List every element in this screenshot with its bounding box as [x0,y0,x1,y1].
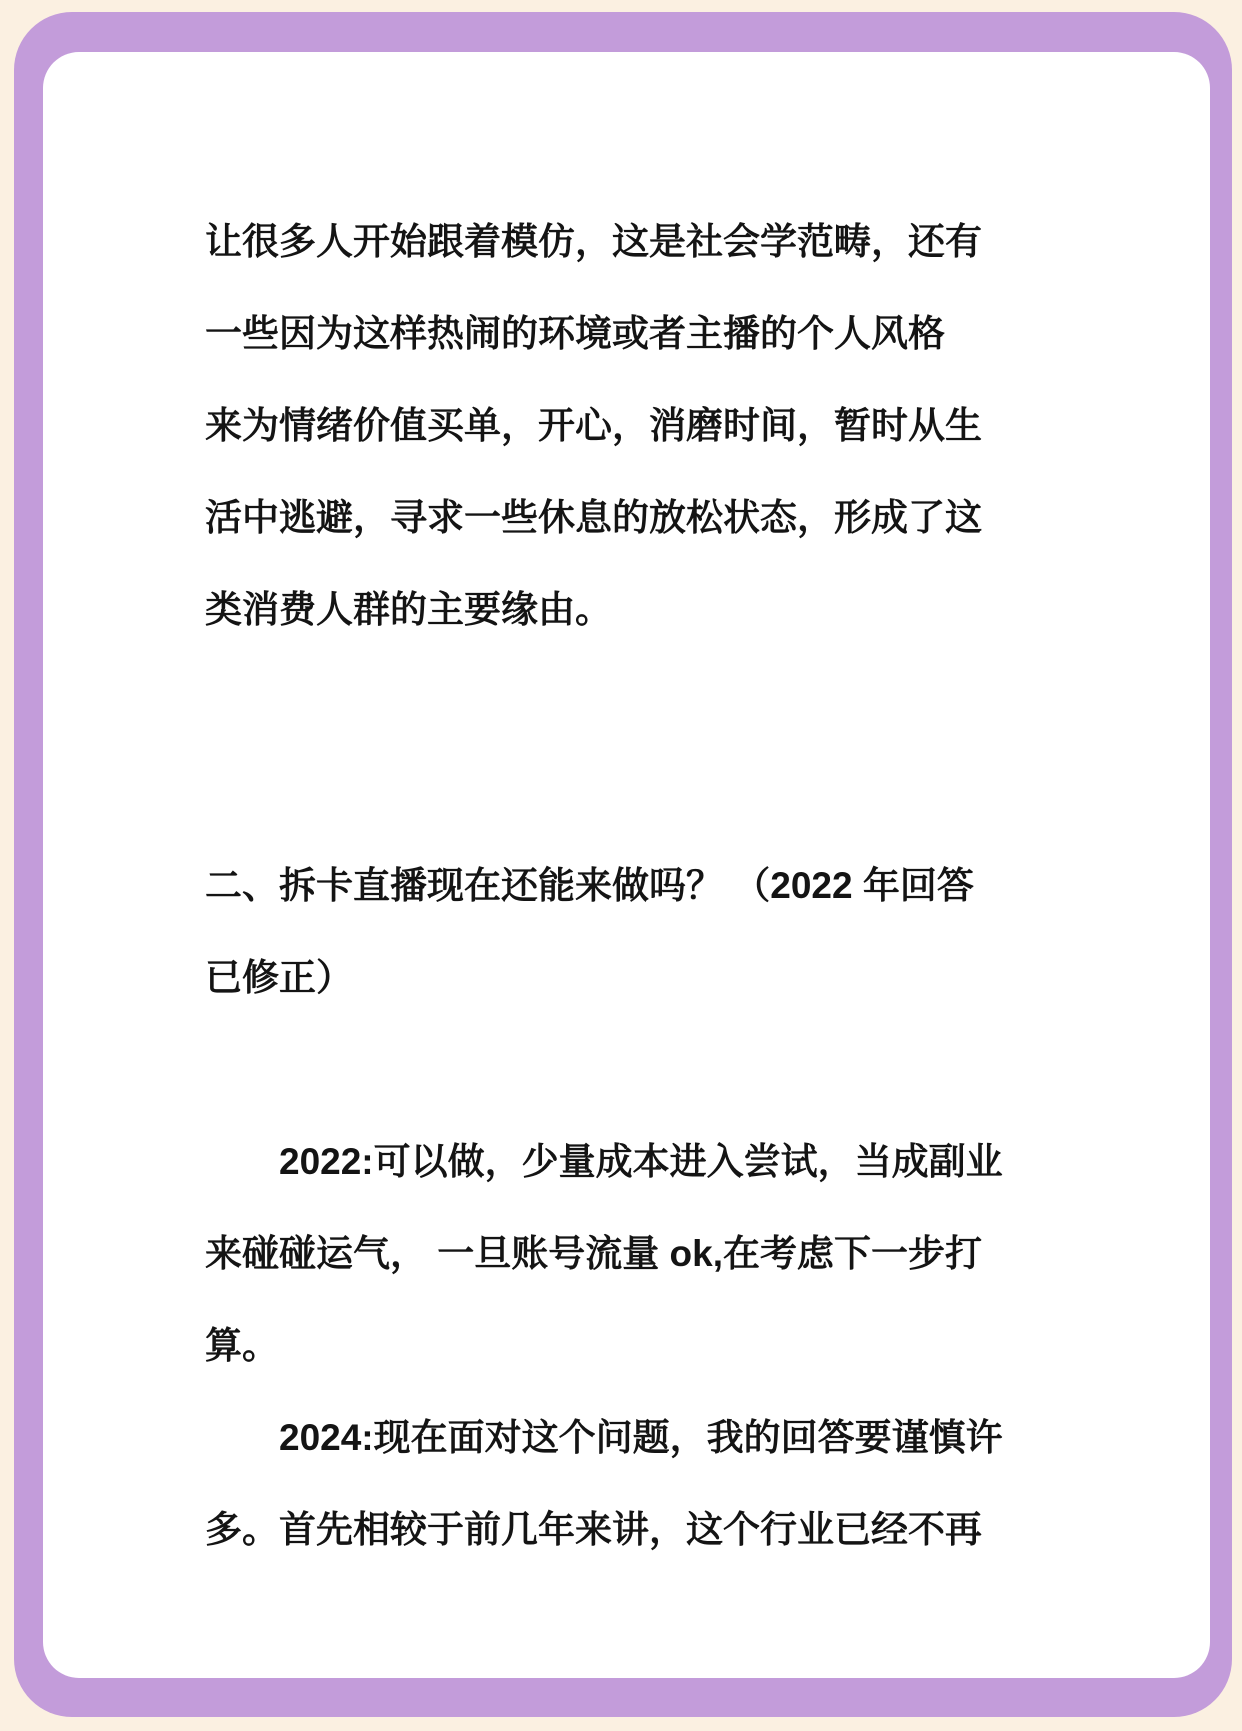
section-heading-question2: 二、拆卡直播现在还能来做吗？ （2022 年回答 已修正） [205,840,1065,1024]
text-line: 算。 [205,1300,1065,1392]
paragraph-answer-2022: 2022:可以做，少量成本进入尝试，当成副业 来碰碰运气， 一旦账号流量 ok,… [205,1116,1065,1392]
text-line: 活中逃避，寻求一些休息的放松状态，形成了这 [205,472,1065,564]
text-line: 来为情绪价值买单，开心，消磨时间，暂时从生 [205,380,1065,472]
article-text: 让很多人开始跟着模仿，这是社会学范畴，还有 一些因为这样热闹的环境或者主播的个人… [205,196,1065,1576]
text-line: 来碰碰运气， 一旦账号流量 ok,在考虑下一步打 [205,1208,1065,1300]
text-line: 让很多人开始跟着模仿，这是社会学范畴，还有 [205,196,1065,288]
page-background: 让很多人开始跟着模仿，这是社会学范畴，还有 一些因为这样热闹的环境或者主播的个人… [0,0,1242,1731]
text-line: 类消费人群的主要缘由。 [205,564,1065,656]
paragraph-consumer-motivation: 让很多人开始跟着模仿，这是社会学范畴，还有 一些因为这样热闹的环境或者主播的个人… [205,196,1065,656]
text-line: 多。首先相较于前几年来讲，这个行业已经不再 [205,1484,1065,1576]
text-line: 一些因为这样热闹的环境或者主播的个人风格 [205,288,1065,380]
paragraph-answer-2024: 2024:现在面对这个问题，我的回答要谨慎许 多。首先相较于前几年来讲，这个行业… [205,1392,1065,1576]
heading-line: 已修正） [205,932,1065,1024]
text-line: 2022:可以做，少量成本进入尝试，当成副业 [205,1116,1065,1208]
heading-line: 二、拆卡直播现在还能来做吗？ （2022 年回答 [205,840,1065,932]
text-line: 2024:现在面对这个问题，我的回答要谨慎许 [205,1392,1065,1484]
